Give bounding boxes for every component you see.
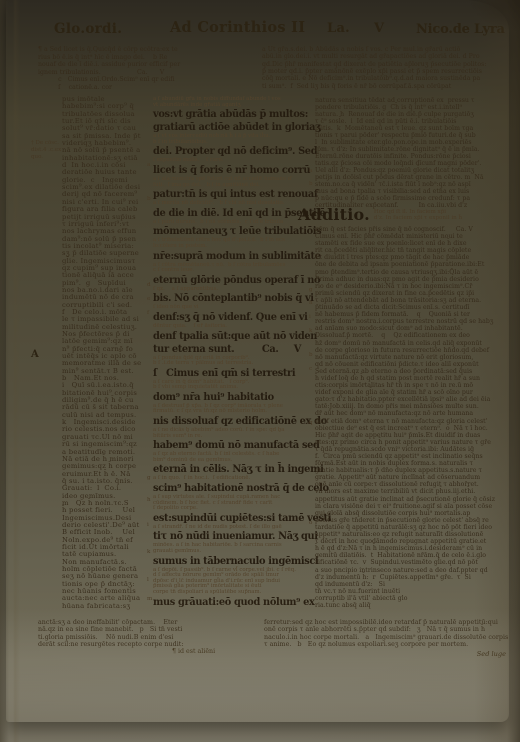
gloss-line: qd.Dic p̄hr̄ manifestat qd dixerat de pa… bbox=[262, 61, 509, 68]
margin-note: † De cōsc. bbox=[31, 140, 59, 147]
commentary-line: gato:τ d'z habitatio.ppter excellētiā ip… bbox=[315, 396, 509, 403]
commentary-line: appetit⁹ naturalis:eo qz refugit natural… bbox=[315, 531, 509, 538]
bible-line: denf tpalia sūt:que aūt nō viden bbox=[153, 330, 315, 343]
gloss-reference-letter: g bbox=[147, 475, 151, 481]
commentary-line: dicif etiā dom⁹ eterna τ nō manufacta:qz… bbox=[315, 418, 509, 425]
header-postilla-label: Nico.de Lyra bbox=[416, 22, 505, 37]
commentary-line: ad anīam suo modo:sicut dom⁹ ad inhabita… bbox=[315, 325, 509, 332]
commentary-line: corruptib il'ā vtil' abiectā glo bbox=[315, 595, 509, 602]
gloss-line: abū.in glo.dei.i. vt multi resurgāt ad g… bbox=[262, 53, 509, 60]
header-gloss-label: Glo.ordi. bbox=[54, 21, 122, 37]
additio-heading: Additio. bbox=[298, 207, 370, 223]
gloss-reference-letter: h bbox=[147, 497, 151, 503]
gloss-line: derāt scil:ne resurgētes recepto corpe n… bbox=[38, 641, 266, 648]
commentary-line: videf exponi de gl̄ia aīe q̄ statim hr̄ … bbox=[315, 389, 509, 396]
commentary-line: naculo.i.in hoc corpe mortali. a Ingemis… bbox=[264, 634, 510, 641]
commentary-line: Uel aliī d'z: Pondus:qz poemiū gl̄orie d… bbox=[315, 167, 509, 174]
header-chapter-label: La. bbox=[327, 21, 350, 36]
commentary-line: τ q̄dā repugnātia.scdo vni⁹ victoria.ibi… bbox=[315, 446, 509, 453]
gloss-reference-letter: d bbox=[147, 282, 151, 288]
header-title: Ad Corinthios II bbox=[170, 19, 305, 36]
page-content: Glo.ordi. Ad Corinthios II La. V Nico.de… bbox=[0, 0, 520, 742]
gloss-reference-letter: i bbox=[309, 314, 311, 320]
bible-line: est:supindūi cupiētes:si tamē vesti bbox=[153, 512, 315, 525]
commentary-line: fōrmā.Est aūt in nobis duplex forma.s. n… bbox=[315, 460, 509, 467]
gloss-line: ti.gloria pmissiōis. Nō nudi.B enim d'es… bbox=[38, 634, 266, 641]
right-commentary-column-upper: natura sensitiua tēdat ad corruptionē ex… bbox=[315, 97, 509, 209]
gloss-line: nā.qz in ea sine fine manebit. p Si tn̄ … bbox=[38, 626, 266, 633]
margin-note: quo. bbox=[31, 154, 43, 161]
commentary-line: f. Circa pmū sciendū qz appetit⁹ est inc… bbox=[315, 453, 509, 460]
photograph-background: Glo.ordi. Ad Corinthios II La. V Nico.de… bbox=[0, 0, 520, 742]
commentary-line: pmo p̄tendim⁹.tertio de causa vtriusqʒ.i… bbox=[315, 269, 509, 276]
commentary-line: rit ca.p̄cedēti aliq̄liter.hic tn̄ tangi… bbox=[315, 247, 509, 254]
commentary-line: p̄tinuādo se ad dicta dicit:Scimus enī.s… bbox=[315, 304, 509, 311]
bottom-left-gloss-block: anctā:sʒ a deo ineffabilit' cōpactam. Et… bbox=[38, 619, 266, 649]
commentary-line: natura sensitiua tēdat ad corruptionē ex… bbox=[315, 97, 509, 104]
commentary-line: ptes:qz primo circa h̄ ponit appetit⁹ va… bbox=[315, 439, 509, 446]
bible-line: de die in diē. Id enī qd in p̄senti ē bbox=[153, 207, 315, 220]
gloss-line: ti sum⁹. f Sed liʒ bis q̄ foris ē nr̄ bō… bbox=[262, 83, 509, 90]
gloss-reference-letter: b bbox=[309, 181, 313, 187]
gloss-reference-letter: m bbox=[147, 596, 152, 602]
commentary-line: rio de e⁹ desiderio.ibi:Nā τ in hoc inge… bbox=[315, 283, 509, 290]
commentary-line: p̄ nūc:qu e p̄ fidē a scēo firmissime cr… bbox=[315, 195, 509, 202]
gloss-reference-letter: c bbox=[309, 366, 312, 372]
right-commentary-column-lower: xp̄m q̄ est facies pr̄is sine q̄ nō cogn… bbox=[315, 226, 509, 609]
commentary-line: h̄ videf loq̄ de h̄ qd statim post mortē… bbox=[315, 375, 509, 382]
commentary-line: τ anime. b Eo qz nolumus expoliari.seʒ c… bbox=[264, 641, 510, 648]
commentary-line: primū sciendū qz dixerat in fine ca.p̄ce… bbox=[315, 290, 509, 297]
commentary-line: tatē:Job.xiiij. In domo pr̄is mei mānsiō… bbox=[315, 403, 509, 410]
commentary-line: ria.tunc absq̄ aliq̄ bbox=[315, 602, 509, 609]
commentary-line: Et diuidit ī tres ptes:qz pmo tāgit de h… bbox=[315, 254, 509, 261]
commentary-line: τ ap̄li nō attendebāt ad bona trāsitoria… bbox=[315, 297, 509, 304]
commentary-line: appetitus aūt gratie inclinat ad p̄secut… bbox=[315, 496, 509, 503]
gloss-reference-letter: h bbox=[309, 300, 313, 306]
bible-line: nr̄e:suprā modum in sublimitāte bbox=[153, 250, 315, 263]
gloss-reference-letter: b bbox=[147, 196, 151, 202]
bible-line: sumus in tābernaculo ingēmisci bbox=[153, 555, 315, 568]
header-chapter-numeral: V bbox=[374, 21, 384, 36]
bible-line: tur eterna sunt. Ca. V bbox=[153, 343, 315, 356]
bottom-left-tail: ¶ id est aliēni bbox=[172, 648, 215, 655]
gloss-reference-letter: o bbox=[309, 520, 312, 526]
bible-line: mus grāuati:eō quod nōlum⁹ ex bbox=[153, 596, 315, 609]
commentary-line: gratie. Appetit⁹ aūt nature inclīnat ad … bbox=[315, 474, 509, 481]
commentary-line: stamēti ex fide sue ex poenīo:licet enī … bbox=[315, 240, 509, 247]
additio-section: Additio. Hoc qd ſt il. In faciem xp̄i d'… bbox=[298, 207, 509, 223]
commentary-line: dr̄ aūt hec dom⁹ nō manufacta:qz nō arte… bbox=[315, 410, 509, 417]
commentary-line: pondere tribulatiōis. g Ch̄ is q̄ int⁹ e… bbox=[315, 104, 509, 111]
commentary-line: tionis τ parui pōder' respectu p̄miō fut… bbox=[315, 132, 509, 139]
commentary-line: rificatiōnē τc. v Supindui.vestimēto gl̄… bbox=[315, 559, 509, 566]
commentary-line: l In sublimitate eter.glo.pon.ope.in mob… bbox=[315, 139, 509, 146]
gloss-reference-letter: q bbox=[309, 420, 313, 426]
additio-aside-gloss: Hoc qd ſt il. In faciem xp̄i d'z. In fac… bbox=[374, 207, 462, 221]
commentary-line: a suo pncipio intrinseco nature:sed a de… bbox=[315, 567, 509, 574]
commentary-line: natura. h Renouaf de die in diē.p̄ culpe… bbox=[315, 111, 509, 118]
bible-line: ſ Cimus enī qm̄ si terrestri bbox=[153, 367, 315, 380]
commentary-line: vn̄ mors est maxime terribiliū vt dicit … bbox=[315, 488, 509, 495]
bible-line: denf:sʒ q̄ nō videnf. Que enī vi bbox=[153, 311, 315, 324]
gloss-reference-letter: k bbox=[147, 549, 150, 555]
commentary-line: Hic p̄hr̄ agit de appetitu hui⁹ p̄mīs.Et… bbox=[315, 432, 509, 439]
commentary-line: tatis.qz p̄ciosa cōi modo loq̄ndi dīcunf… bbox=[315, 160, 509, 167]
commentary-line: xp̄m q̄ est facies pr̄is sine q̄ nō cogn… bbox=[315, 226, 509, 233]
bible-text-column: a ſ abundiū gr̄a in nobis diffundaf abun… bbox=[153, 97, 315, 609]
commentary-line: qd nō cōuenit edificatiōni p̄dicte.τ ide… bbox=[315, 361, 509, 368]
commentary-line: nō manufactā:qz virtute nature nō erit g… bbox=[315, 354, 509, 361]
gloss-line: a Ut gr̄a.s.dei. b Abūdās a nobis ſ vos.… bbox=[262, 46, 509, 53]
gloss-line: p̄ moter qd.i. p̄pter amānōnē exēplo xp̄… bbox=[262, 68, 509, 75]
gloss-reference-letter: e bbox=[147, 296, 150, 302]
commentary-line: onē corpis τ anīe abhorrēti s.p̄pter qd … bbox=[264, 626, 510, 633]
commentary-line: restris dom⁹ nostra.i.corpus terrestre n… bbox=[315, 318, 509, 325]
bible-line: vos:vt grātia abūdās p̄ multos: bbox=[153, 108, 315, 121]
commentary-line: mus ad bona tpalia τ visibilia:sed ad et… bbox=[315, 188, 509, 195]
catchword: Sed luge bbox=[434, 650, 506, 658]
commentary-line: qd indumentū d'z: Si bbox=[315, 581, 509, 588]
commentary-line: Prima adhuc in duas:qz pmo agit de p̄mia… bbox=[315, 276, 509, 283]
commentary-line: stem.no.ca q̄ vidēn' τc̄.i.ista fiūt ī n… bbox=[315, 181, 509, 188]
commentary-line: Dissoluaf.p̄ mortē. q Qz edificationem e… bbox=[315, 332, 509, 339]
gloss-line: cōq̄ mortali. e Nō deficim⁹.in tribulatō… bbox=[262, 75, 509, 82]
gloss-reference-letter: f bbox=[147, 310, 149, 316]
gloss-reference-letter: i bbox=[147, 522, 149, 528]
commentary-line: h̄ ē qd d'z:Nā τ in h̄ ingemiscimus.i.de… bbox=[315, 545, 509, 552]
commentary-line: hz̄ dom⁹ domū nō manufactā in celis.qd a… bbox=[315, 340, 509, 347]
gloss-reference-letter: l bbox=[147, 577, 149, 583]
commentary-line: de corpe glorioso in futura resurrectiōe… bbox=[315, 347, 509, 354]
commentary-line: ip̄m. τ d'z: In sublimitate.rōne dignita… bbox=[315, 146, 509, 153]
commentary-line: petitus gr̄e tn̄deret in p̄secutionē glo… bbox=[315, 517, 509, 524]
commentary-line: Sed eternā.qz ab eterno a deo p̄ordinatā… bbox=[315, 368, 509, 375]
commentary-line: τ c̄⁹ sosl̄e. i Id enī qd in pūti ē.i. t… bbox=[315, 118, 509, 125]
bible-line: eternū glōrie pōndus operaf ī no bbox=[153, 274, 315, 287]
running-header: Glo.ordi. Ad Corinthios II La. V Nico.de… bbox=[0, 19, 520, 41]
gloss-reference-letter: g bbox=[309, 287, 313, 293]
commentary-line: petijs in dcōisī cut pōdus dērat grane i… bbox=[315, 174, 509, 181]
commentary-line: tn̄ vc.τ nō nu.fuerint inuēti bbox=[315, 588, 509, 595]
commentary-line: pūtis. k Momētaneū est τ leue. qz sunt b… bbox=[315, 125, 509, 132]
commentary-line: Eternū.rōne duratōis infinite. Pondus:rō… bbox=[315, 153, 509, 160]
margin-note: A bbox=[31, 352, 39, 359]
commentary-line: tardatiōe q̄ appetitū naturālē:sʒ qz hoc… bbox=[315, 524, 509, 531]
commentary-line: d'z indumentū h̄: r Cupiētes.appetīm⁹ gr… bbox=[315, 574, 509, 581]
commentary-line: ōne de debita ad ipsam poeniationē p̄par… bbox=[315, 261, 509, 268]
commentary-line: gratie habitualis:τ p̄ dn̄o duplex appet… bbox=[315, 467, 509, 474]
commentary-line: obiectiue de⁹ est q̄ est increat⁹ τ eter… bbox=[315, 425, 509, 432]
commentary-line: nē habemus p̄ fidem formatā. q Quoniā si… bbox=[315, 311, 509, 318]
gloss-reference-letter: a bbox=[147, 162, 150, 168]
gloss-reference-letter: k bbox=[309, 328, 312, 334]
bottom-right-commentary-block: ferretur:sed qz hoc est impossibilē.ideo… bbox=[264, 619, 510, 649]
gloss-reference-letter: a bbox=[309, 168, 312, 174]
left-gloss-column: pus imōtalehabebim⁹:si corp⁹ q̄tribulatō… bbox=[62, 96, 154, 610]
gloss-reference-letter: b bbox=[309, 352, 313, 358]
commentary-line: in clara visiōne dei τ ei⁹ fruitione.agi… bbox=[315, 503, 509, 510]
margin-note: dist.4 .c.ex bbox=[31, 147, 61, 154]
commentary-line: hūana fabricata:sʒ bbox=[62, 603, 154, 610]
bible-line: dom⁹ nr̄a hui⁹ habitatio bbox=[153, 391, 315, 404]
top-right-gloss-block: a Ut gr̄a.s.dei. b Abūdās a nobis ſ vos.… bbox=[262, 46, 509, 90]
gloss-line: anctā:sʒ a deo ineffabilit' cōpactam. Et… bbox=[38, 619, 266, 626]
commentary-line: qui gloīā absq̄ dissolutiōe corpis hui⁹ … bbox=[315, 510, 509, 517]
